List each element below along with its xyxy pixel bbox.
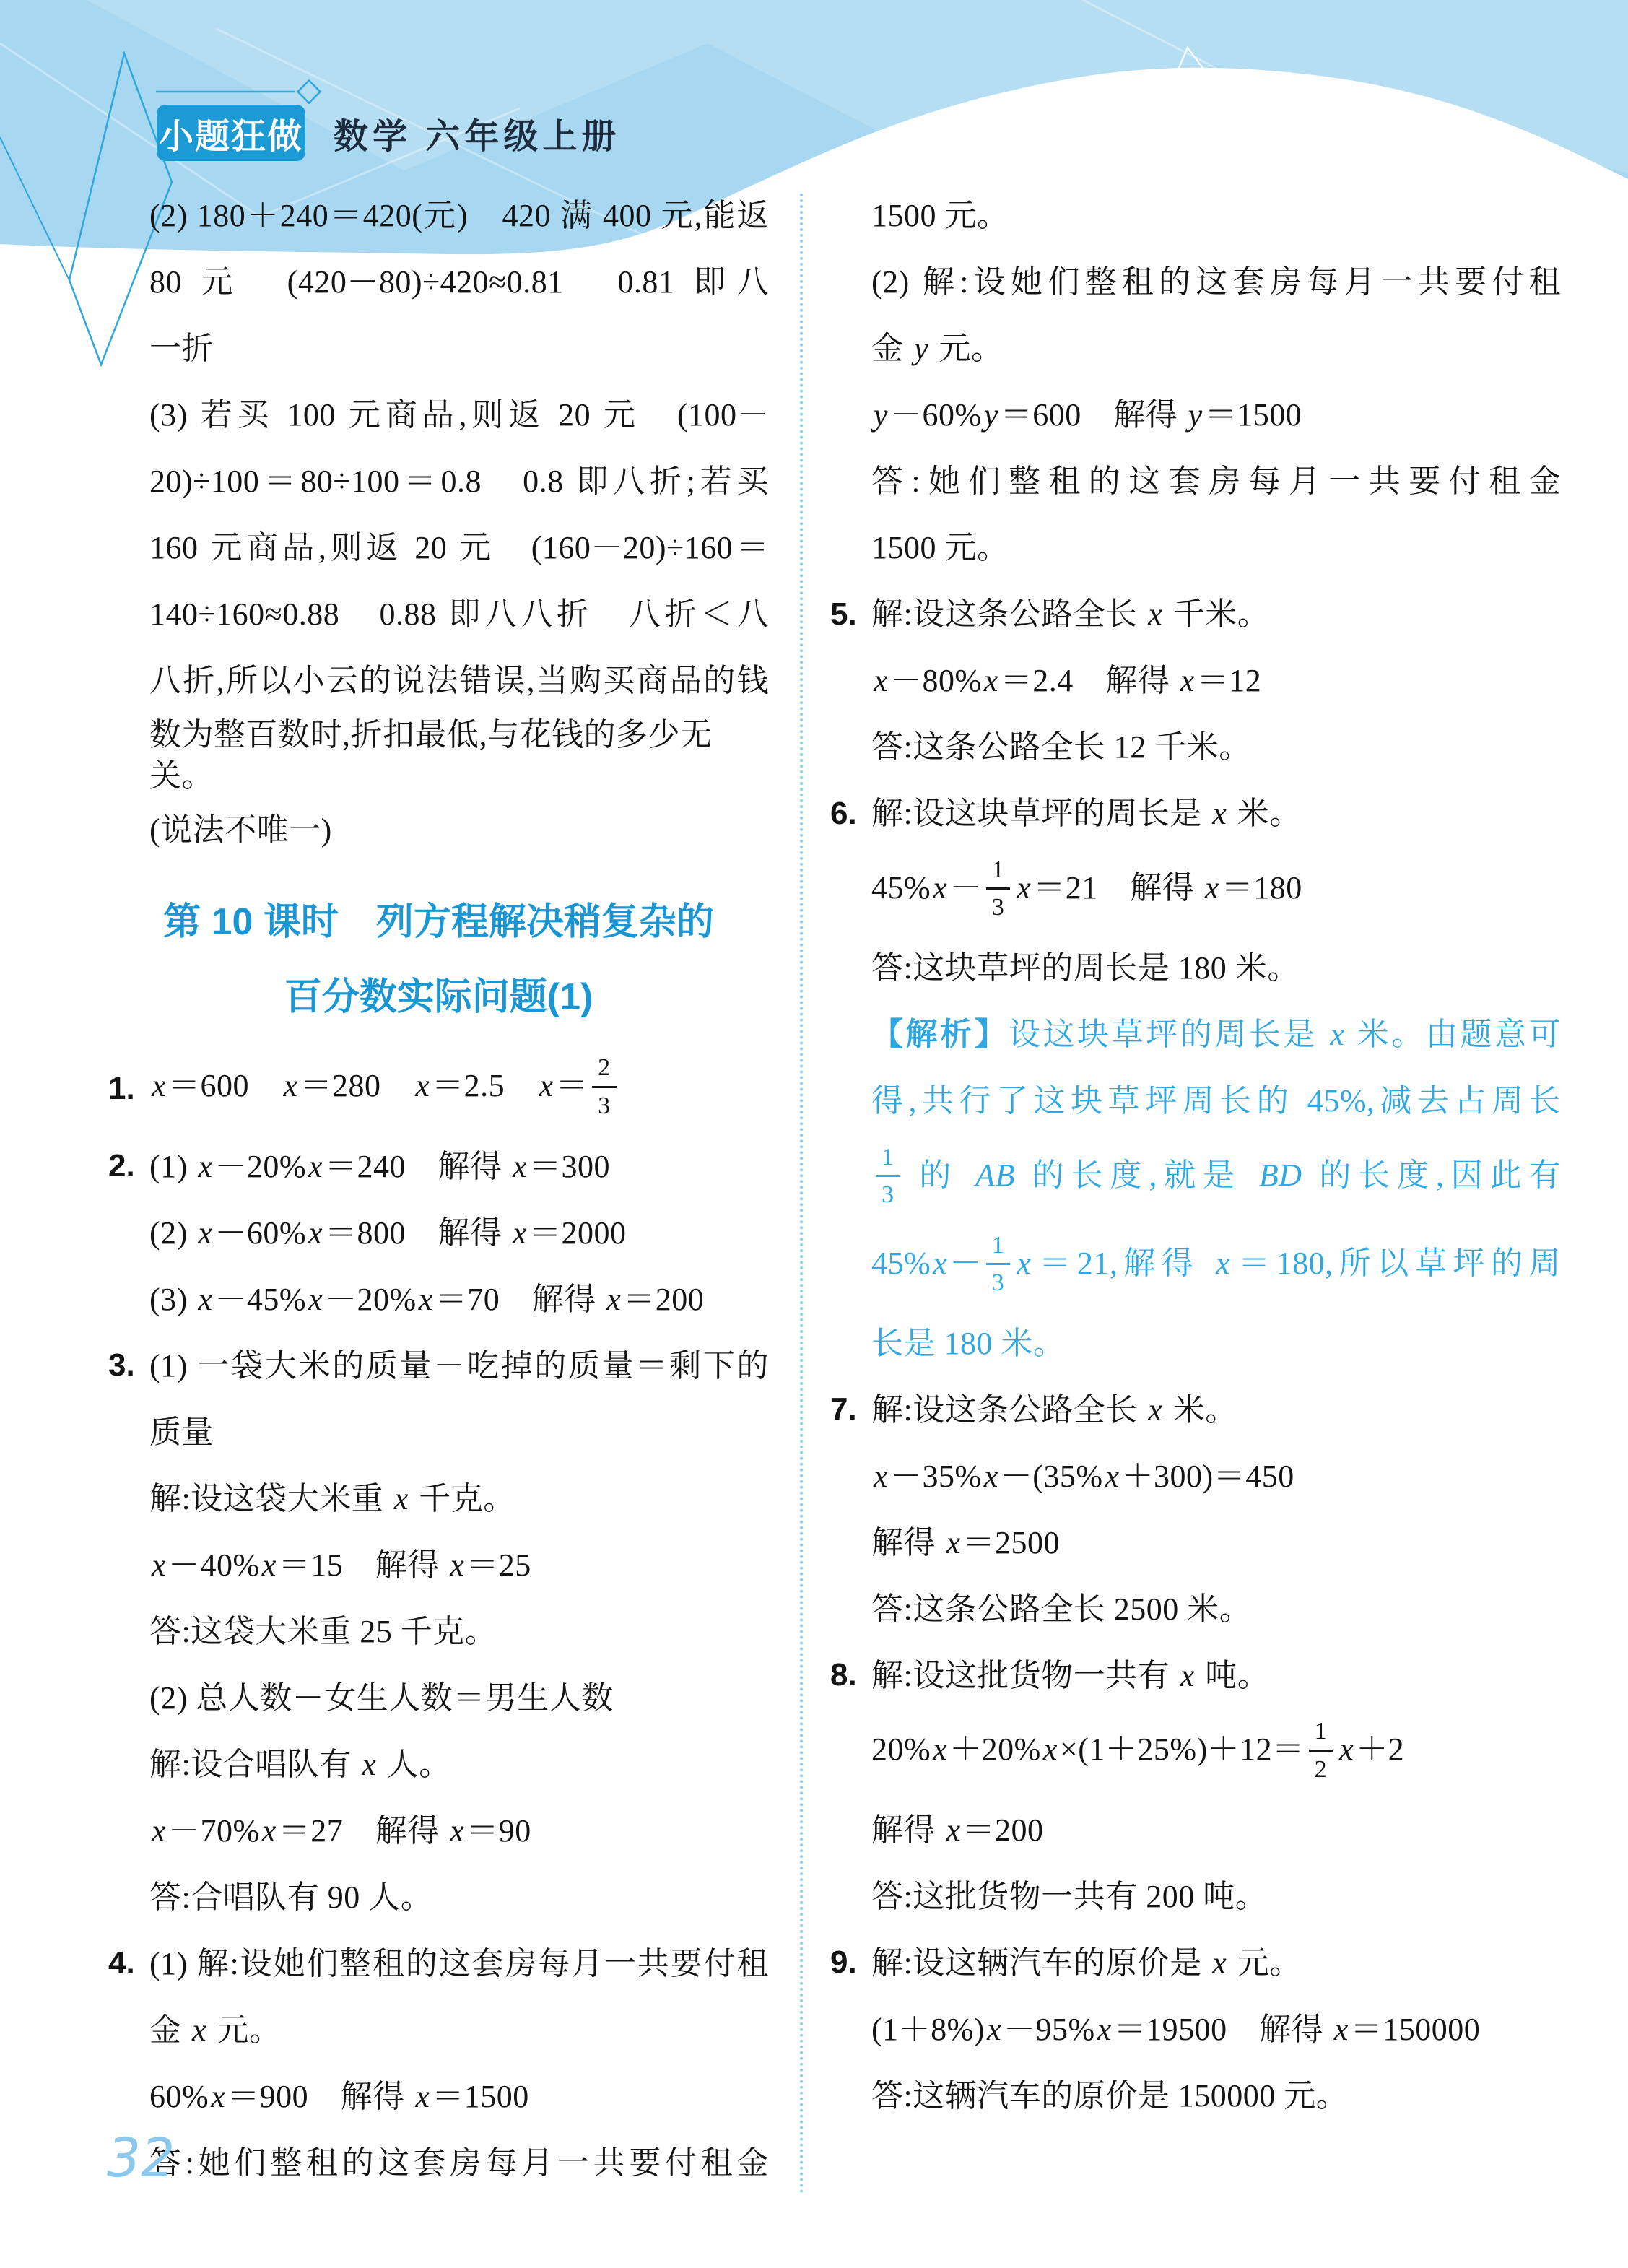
text-run: ＝300 [529, 1149, 610, 1184]
text-run: 米。由题意可 [1346, 1017, 1561, 1052]
text-run: 解:设这辆汽车的原价是 [871, 1945, 1210, 1981]
text-run: 金 [149, 2012, 190, 2048]
text-run: (1) 解:设她们整租的这套房每月一共要付租 [149, 1946, 769, 1981]
text-line: (2) 总人数－女生人数＝男生人数 [108, 1664, 769, 1731]
fraction-numerator: 1 [1309, 1716, 1333, 1751]
math-variable: x [1328, 1017, 1346, 1052]
text-run: ＋2 [1356, 1732, 1404, 1767]
fraction-denominator: 3 [876, 1177, 900, 1209]
right-column: 1500 元。(2) 解:设她们整租的这套房每月一共要付租金 y 元。y－60%… [830, 183, 1561, 2129]
text-run: 答:这辆汽车的原价是 150000 元。 [871, 2078, 1348, 2113]
text-run: ＝19500 解得 [1114, 2012, 1332, 2047]
math-variable: x [448, 1813, 466, 1848]
line-content: 解:设这块草坪的周长是 x 米。 [871, 793, 1561, 834]
item-number: 8. [830, 1657, 871, 1693]
text-line: 5.解:设这条公路全长 x 千米。 [830, 581, 1561, 648]
line-content: x－35%x－(35%x＋300)＝450 [871, 1456, 1561, 1497]
line-content: 45%x－13x＝21,解得 x＝180,所以草坪的周 [871, 1222, 1561, 1311]
line-content: 160 元商品,则返 20 元 (160－20)÷160＝ [149, 527, 769, 568]
math-variable: x [944, 1812, 963, 1848]
text-run: (3) [149, 1282, 196, 1317]
math-variable: y [1186, 397, 1205, 433]
text-run: 20)÷100＝80÷100＝0.8 0.8 即八折;若买 [149, 464, 769, 499]
text-run: ＝27 解得 [279, 1813, 448, 1848]
text-line: 答:这条公路全长 12 千米。 [830, 714, 1561, 781]
text-line: 答:这辆汽车的原价是 150000 元。 [830, 2062, 1561, 2129]
text-run: 解:设这条公路全长 [871, 596, 1146, 632]
text-line: 答:合唱队有 90 人。 [108, 1864, 769, 1930]
text-run: ＝21,解得 [1033, 1246, 1214, 1281]
math-variable: x [196, 1282, 214, 1317]
text-run: ＋20% [949, 1732, 1041, 1767]
fraction: 13 [986, 1230, 1011, 1298]
line-content: 金 x 元。 [149, 2010, 769, 2051]
fraction-denominator: 3 [986, 890, 1011, 922]
text-run: 的 [905, 1157, 974, 1193]
column-divider [800, 194, 803, 2195]
text-line: 8.解:设这批货物一共有 x 吨。 [830, 1642, 1561, 1708]
text-run: ＝900 解得 [227, 2079, 413, 2114]
text-run: ＝200 [623, 1282, 704, 1317]
fraction-numerator: 1 [986, 855, 1011, 890]
text-run: －60% [214, 1215, 306, 1251]
text-run: 千米。 [1165, 596, 1269, 632]
text-run: 金 [871, 331, 912, 366]
text-run: ＝1500 [1205, 397, 1302, 433]
math-variable: x [604, 1282, 623, 1317]
text-run: 一折 [149, 331, 214, 366]
math-variable: x [931, 870, 949, 905]
text-line: 得,共行了这块草坪周长的 45%,减去占周长 [830, 1068, 1561, 1134]
fraction-denominator: 3 [986, 1265, 1011, 1298]
text-run: －95% [1004, 2012, 1095, 2047]
text-run: 答:她们整租的这套房每月一共要付租金 [871, 464, 1561, 499]
section-title-line: 第 10 课时 列方程解决稍复杂的 [108, 885, 769, 960]
text-line: y－60%y＝600 解得 y＝1500 [830, 382, 1561, 448]
text-line: 解得 x＝200 [830, 1796, 1561, 1863]
text-run: 解:设这袋大米重 [149, 1481, 392, 1516]
line-content: 答:这辆汽车的原价是 150000 元。 [871, 2075, 1561, 2116]
text-line: 质量 [108, 1399, 769, 1465]
line-content: 45%x－13x＝21 解得 x＝180 [871, 847, 1561, 935]
text-run: ＝70 解得 [435, 1282, 605, 1317]
math-variable: x [306, 1215, 325, 1251]
text-run: 设这块草坪的周长是 [1009, 1017, 1328, 1052]
math-variable: x [417, 1282, 435, 1317]
math-variable: x [1146, 596, 1165, 632]
text-run: 45% [871, 870, 931, 905]
text-line: 80 元 (420－80)÷420≈0.81 0.81 即八 [108, 249, 769, 316]
math-variable: AB [973, 1157, 1017, 1193]
math-variable: x [1014, 1246, 1033, 1281]
math-variable: x [448, 1547, 466, 1583]
text-line: 45%x－13x＝21 解得 x＝180 [830, 847, 1561, 935]
math-variable: x [190, 2012, 209, 2048]
text-line: 长是 180 米。 [830, 1310, 1561, 1376]
text-run: ＝15 解得 [279, 1547, 448, 1583]
text-run: － [949, 870, 982, 905]
math-variable: x [931, 1732, 949, 1767]
text-run: ＝150000 [1351, 2012, 1481, 2047]
line-content: 140÷160≈0.88 0.88 即八八折 八折＜八 [149, 594, 769, 635]
text-run: 吨。 [1197, 1658, 1270, 1693]
text-line: (说法不唯一) [108, 796, 769, 863]
text-run: 元。 [931, 331, 1004, 366]
line-content: (3) x－45%x－20%x＝70 解得 x＝200 [149, 1279, 769, 1320]
fraction: 12 [1309, 1716, 1333, 1784]
text-line: 答:这袋大米重 25 千克。 [108, 1598, 769, 1664]
text-run: 解得 [871, 1525, 944, 1560]
text-run: 答:这条公路全长 2500 米。 [871, 1591, 1251, 1627]
text-run: ＝240 解得 [325, 1149, 510, 1184]
line-content: x－40%x＝15 解得 x＝25 [149, 1544, 769, 1586]
line-content: 答:这块草坪的周长是 180 米。 [871, 947, 1561, 989]
math-variable: BD [1257, 1157, 1305, 1193]
text-line: (2) x－60%x＝800 解得 x＝2000 [108, 1199, 769, 1266]
math-variable: x [1103, 1459, 1122, 1494]
book-subtitle: 数学 六年级上册 [334, 105, 620, 161]
text-line: 4.(1) 解:设她们整租的这套房每月一共要付租 [108, 1930, 769, 1997]
text-run: 解:设合唱队有 [149, 1747, 360, 1782]
text-line: 20%x＋20%x×(1＋25%)＋12＝12x＋2 [830, 1708, 1561, 1796]
text-run: －35% [890, 1459, 982, 1494]
text-line: 答:她们整租的这套房每月一共要付租金 [830, 448, 1561, 515]
text-run: 答:这块草坪的周长是 180 米。 [871, 950, 1300, 986]
text-run: 米。 [1165, 1392, 1237, 1428]
text-run: ＝280 [300, 1068, 414, 1103]
text-line: (3) x－45%x－20%x＝70 解得 x＝200 [108, 1266, 769, 1332]
text-run: 八折,所以小云的说法错误,当购买商品的钱 [149, 663, 769, 698]
line-content: 答:她们整租的这套房每月一共要付租金 [871, 461, 1561, 502]
left-column: (2) 180＋240＝420(元) 420 满 400 元,能返80 元 (4… [108, 183, 769, 2196]
item-number: 2. [108, 1148, 149, 1184]
text-run: ＝180 [1222, 870, 1302, 905]
text-line: x－70%x＝27 解得 x＝90 [108, 1797, 769, 1864]
line-content: y－60%y＝600 解得 y＝1500 [871, 394, 1561, 435]
text-line: 20)÷100＝80÷100＝0.8 0.8 即八折;若买 [108, 448, 769, 515]
text-run: ＝12 [1197, 663, 1262, 698]
line-content: 13 的 AB 的长度,就是 BD 的长度,因此有 [871, 1134, 1561, 1222]
text-run: －40% [168, 1547, 260, 1583]
line-content: 一折 [149, 328, 769, 369]
math-variable: x [1014, 870, 1033, 905]
text-line: 140÷160≈0.88 0.88 即八八折 八折＜八 [108, 581, 769, 648]
text-line: x－40%x＝15 解得 x＝25 [108, 1531, 769, 1598]
math-variable: x [306, 1149, 325, 1184]
text-run: 45% [871, 1246, 931, 1281]
text-line: 160 元商品,则返 20 元 (160－20)÷160＝ [108, 515, 769, 581]
text-line: 13 的 AB 的长度,就是 BD 的长度,因此有 [830, 1134, 1561, 1222]
text-line: 9.解:设这辆汽车的原价是 x 元。 [830, 1929, 1561, 1996]
math-variable: x [196, 1215, 214, 1251]
math-variable: x [1041, 1732, 1060, 1767]
line-content: (1) 解:设她们整租的这套房每月一共要付租 [149, 1943, 769, 1984]
line-content: (2) x－60%x＝800 解得 x＝2000 [149, 1212, 769, 1254]
text-line: 八折,所以小云的说法错误,当购买商品的钱 [108, 648, 769, 714]
text-run: ＝21 解得 [1033, 870, 1203, 905]
math-variable: x [985, 2012, 1004, 2047]
line-content: 答:这批货物一共有 200 吨。 [871, 1876, 1561, 1917]
item-number: 7. [830, 1391, 871, 1428]
text-line: 7.解:设这条公路全长 x 米。 [830, 1376, 1561, 1443]
line-content: 【解析】设这块草坪的周长是 x 米。由题意可 [871, 1014, 1561, 1055]
text-run: －80% [890, 663, 982, 698]
text-run: (2) 总人数－女生人数＝男生人数 [149, 1680, 614, 1716]
line-content: 金 y 元。 [871, 328, 1561, 369]
text-run: (说法不唯一) [149, 812, 332, 848]
text-line: 45%x－13x＝21,解得 x＝180,所以草坪的周 [830, 1222, 1561, 1311]
text-line: 数为整百数时,折扣最低,与花钱的多少无关。 [108, 714, 769, 796]
line-content: 解:设这条公路全长 x 米。 [871, 1389, 1561, 1430]
text-line: (3) 若买 100 元商品,则返 20 元 (100－ [108, 382, 769, 448]
text-run: 长是 180 米。 [871, 1326, 1066, 1361]
text-line: 答:这块草坪的周长是 180 米。 [830, 935, 1561, 1002]
text-run: 数为整百数时,折扣最低,与花钱的多少无关。 [149, 717, 713, 794]
text-run: ＝2500 [963, 1525, 1061, 1560]
line-content: 解得 x＝2500 [871, 1522, 1561, 1563]
line-content: (2) 解:设她们整租的这套房每月一共要付租 [871, 261, 1561, 303]
math-variable: x [1337, 1732, 1356, 1767]
fraction-numerator: 1 [986, 1230, 1011, 1265]
math-variable: x [871, 1459, 890, 1494]
text-run: 千克。 [411, 1481, 515, 1516]
text-run: 解:设这批货物一共有 [871, 1658, 1178, 1693]
text-line: 答:这批货物一共有 200 吨。 [830, 1863, 1561, 1929]
text-run: 20% [871, 1732, 931, 1767]
text-line: 1.x＝600 x＝280 x＝2.5 x＝23 [108, 1045, 769, 1133]
text-line: x－80%x＝2.4 解得 x＝12 [830, 648, 1561, 714]
item-number: 5. [830, 596, 871, 633]
text-run: －20% [325, 1282, 417, 1317]
text-run: －(35% [1001, 1459, 1103, 1494]
math-variable: x [1210, 796, 1229, 831]
text-run: －70% [168, 1813, 260, 1848]
text-run: － [949, 1246, 982, 1281]
math-variable: x [260, 1813, 279, 1848]
text-run: (1) 一袋大米的质量－吃掉的质量＝剩下的 [149, 1348, 769, 1383]
math-variable: y [871, 397, 890, 433]
text-run: 1500 元。 [871, 198, 1009, 233]
text-line: 6.解:设这块草坪的周长是 x 米。 [830, 781, 1561, 847]
line-content: 解:设这辆汽车的原价是 x 元。 [871, 1942, 1561, 1984]
text-run: ×(1＋25%)＋12＝ [1060, 1732, 1305, 1767]
math-variable: x [1332, 2012, 1351, 2047]
line-content: 1500 元。 [871, 195, 1561, 236]
line-content: (说法不唯一) [149, 809, 769, 851]
line-content: (2) 180＋240＝420(元) 420 满 400 元,能返 [149, 195, 769, 236]
text-run: －45% [214, 1282, 306, 1317]
fraction-denominator: 3 [592, 1088, 617, 1121]
text-run: ＝ [556, 1068, 588, 1103]
math-variable: x [209, 2079, 227, 2114]
math-variable: y [912, 331, 931, 366]
text-line: 【解析】设这块草坪的周长是 x 米。由题意可 [830, 1002, 1561, 1068]
text-line: 1500 元。 [830, 183, 1561, 249]
text-line: (2) 解:设她们整租的这套房每月一共要付租 [830, 249, 1561, 316]
text-run: 米。 [1229, 796, 1302, 831]
fraction-numerator: 1 [876, 1142, 900, 1177]
item-number: 1. [108, 1071, 149, 1107]
line-content: 答:合唱队有 90 人。 [149, 1877, 769, 1918]
math-variable: x [944, 1525, 963, 1560]
text-run: ＝90 [466, 1813, 531, 1848]
item-number: 6. [830, 796, 871, 832]
line-content: 60%x＝900 解得 x＝1500 [149, 2076, 769, 2117]
text-line: 1500 元。 [830, 515, 1561, 581]
line-content: 20%x＋20%x×(1＋25%)＋12＝12x＋2 [871, 1708, 1561, 1796]
text-line: 解:设这袋大米重 x 千克。 [108, 1465, 769, 1531]
line-content: 答:这条公路全长 2500 米。 [871, 1589, 1561, 1630]
line-content: 长是 180 米。 [871, 1323, 1561, 1364]
text-run: (2) 解:设她们整租的这套房每月一共要付租 [871, 264, 1561, 300]
brand-badge-label: 小题狂做 [159, 108, 303, 158]
math-variable: x [510, 1215, 529, 1251]
text-run: 解:设这块草坪的周长是 [871, 796, 1210, 831]
text-run: ＝1500 [432, 2079, 529, 2114]
text-run: 答:她们整租的这套房每月一共要付租金 [149, 2145, 769, 2181]
fraction-denominator: 2 [1309, 1752, 1333, 1784]
line-content: 80 元 (420－80)÷420≈0.81 0.81 即八 [149, 261, 769, 303]
text-run: －20% [214, 1149, 306, 1184]
math-variable: x [149, 1547, 168, 1583]
text-run: 解:设这条公路全长 [871, 1392, 1146, 1428]
text-run: ＝25 [466, 1547, 531, 1583]
text-run: ＝2.5 [432, 1068, 537, 1103]
text-line: 金 y 元。 [830, 316, 1561, 382]
text-run: ＋300)＝450 [1122, 1459, 1294, 1494]
text-run: 答:合唱队有 90 人。 [149, 1880, 432, 1915]
math-variable: x [1146, 1392, 1165, 1428]
math-variable: x [510, 1149, 529, 1184]
math-variable: x [931, 1246, 949, 1281]
text-run: 人。 [378, 1747, 451, 1782]
text-run: －60% [890, 397, 982, 433]
math-variable: x [413, 1068, 432, 1103]
text-run: ＝600 [168, 1068, 282, 1103]
math-variable: x [982, 1459, 1001, 1494]
text-run: ＝600 解得 [1001, 397, 1186, 433]
math-variable: x [1178, 663, 1197, 698]
line-content: 解:设这袋大米重 x 千克。 [149, 1478, 769, 1519]
math-variable: x [1214, 1246, 1232, 1281]
line-content: 1500 元。 [871, 527, 1561, 568]
page-number: 32 [107, 2127, 175, 2189]
line-content: (3) 若买 100 元商品,则返 20 元 (100－ [149, 394, 769, 435]
text-run: ＝2.4 解得 [1001, 663, 1178, 698]
text-line: 金 x 元。 [108, 1997, 769, 2063]
line-content: 20)÷100＝80÷100＝0.8 0.8 即八折;若买 [149, 461, 769, 502]
math-variable: x [196, 1149, 214, 1184]
line-content: 质量 [149, 1412, 769, 1453]
line-content: 答:这条公路全长 12 千米。 [871, 726, 1561, 768]
text-run: (1) [149, 1149, 196, 1184]
math-variable: x [1095, 2012, 1114, 2047]
math-variable: x [392, 1481, 411, 1516]
text-run: 答:这条公路全长 12 千米。 [871, 729, 1251, 765]
math-variable: x [871, 663, 890, 698]
analysis-label: 【解析】 [871, 1017, 1009, 1052]
text-run: 1500 元。 [871, 530, 1009, 565]
text-run: ＝180,所以草坪的周 [1232, 1246, 1561, 1281]
text-run: ＝200 [963, 1812, 1044, 1848]
line-content: (1＋8%)x－95%x＝19500 解得 x＝150000 [871, 2009, 1561, 2050]
section-title-line: 百分数实际问题(1) [108, 960, 769, 1035]
text-run: 质量 [149, 1415, 214, 1450]
math-variable: x [360, 1747, 378, 1782]
text-run: 答:这袋大米重 25 千克。 [149, 1614, 497, 1649]
item-number: 4. [108, 1945, 149, 1981]
text-line: (1＋8%)x－95%x＝19500 解得 x＝150000 [830, 1996, 1561, 2062]
text-run: 得,共行了这块草坪周长的 45%,减去占周长 [871, 1083, 1561, 1118]
text-run: 的长度,因此有 [1304, 1157, 1561, 1193]
math-variable: x [149, 1813, 168, 1848]
text-line: 3.(1) 一袋大米的质量－吃掉的质量＝剩下的 [108, 1332, 769, 1399]
line-content: 解:设这批货物一共有 x 吨。 [871, 1655, 1561, 1696]
fraction: 13 [986, 855, 1011, 923]
line-content: 答:这袋大米重 25 千克。 [149, 1611, 769, 1652]
fraction-numerator: 2 [592, 1053, 617, 1087]
math-variable: x [982, 663, 1001, 698]
line-content: 数为整百数时,折扣最低,与花钱的多少无关。 [149, 714, 769, 796]
item-number: 3. [108, 1347, 149, 1383]
line-content: 八折,所以小云的说法错误,当购买商品的钱 [149, 660, 769, 701]
text-line: 答:她们整租的这套房每月一共要付租金 [108, 2129, 769, 2196]
text-line: (2) 180＋240＝420(元) 420 满 400 元,能返 [108, 183, 769, 249]
math-variable: x [282, 1068, 300, 1103]
text-run: 答:这批货物一共有 200 吨。 [871, 1879, 1267, 1914]
line-content: 解:设合唱队有 x 人。 [149, 1744, 769, 1785]
text-line: 一折 [108, 316, 769, 382]
text-line: 2.(1) x－20%x＝240 解得 x＝300 [108, 1133, 769, 1199]
line-content: (1) x－20%x＝240 解得 x＝300 [149, 1146, 769, 1187]
line-content: (2) 总人数－女生人数＝男生人数 [149, 1677, 769, 1719]
fraction: 13 [876, 1142, 900, 1210]
math-variable: x [306, 1282, 325, 1317]
text-run: (1＋8%) [871, 2012, 985, 2047]
line-content: x＝600 x＝280 x＝2.5 x＝23 [149, 1045, 769, 1133]
text-run: 80 元 (420－80)÷420≈0.81 0.81 即八 [149, 264, 769, 300]
text-run: 140÷160≈0.88 0.88 即八八折 八折＜八 [149, 596, 769, 632]
math-variable: x [260, 1547, 279, 1583]
math-variable: x [1203, 870, 1222, 905]
text-line: 60%x＝900 解得 x＝1500 [108, 2063, 769, 2129]
text-run: ＝2000 [529, 1215, 627, 1251]
line-content: x－80%x＝2.4 解得 x＝12 [871, 660, 1561, 701]
line-content: 得,共行了这块草坪周长的 45%,减去占周长 [871, 1080, 1561, 1121]
line-content: 解得 x＝200 [871, 1809, 1561, 1851]
math-variable: x [413, 2079, 432, 2114]
math-variable: x [1210, 1945, 1229, 1981]
line-content: 解:设这条公路全长 x 千米。 [871, 594, 1561, 635]
text-run: 解得 [871, 1812, 944, 1848]
math-variable: y [982, 397, 1001, 433]
text-line: 答:这条公路全长 2500 米。 [830, 1576, 1561, 1642]
text-run: 的长度,就是 [1017, 1157, 1257, 1193]
math-variable: x [537, 1068, 556, 1103]
text-run: 160 元商品,则返 20 元 (160－20)÷160＝ [149, 530, 769, 565]
workbook-page: 小题狂做 数学 六年级上册 (2) 180＋240＝420(元) 420 满 4… [0, 0, 1628, 2268]
brand-badge: 小题狂做 [157, 105, 305, 161]
text-run: 60% [149, 2079, 209, 2114]
text-line: 解得 x＝2500 [830, 1509, 1561, 1576]
math-variable: x [149, 1068, 168, 1103]
item-number: 9. [830, 1945, 871, 1981]
text-line: 解:设合唱队有 x 人。 [108, 1731, 769, 1797]
text-run: (3) 若买 100 元商品,则返 20 元 (100－ [149, 397, 769, 433]
text-run: 元。 [1229, 1945, 1302, 1981]
text-line: x－35%x－(35%x＋300)＝450 [830, 1443, 1561, 1509]
fraction: 23 [592, 1053, 617, 1121]
